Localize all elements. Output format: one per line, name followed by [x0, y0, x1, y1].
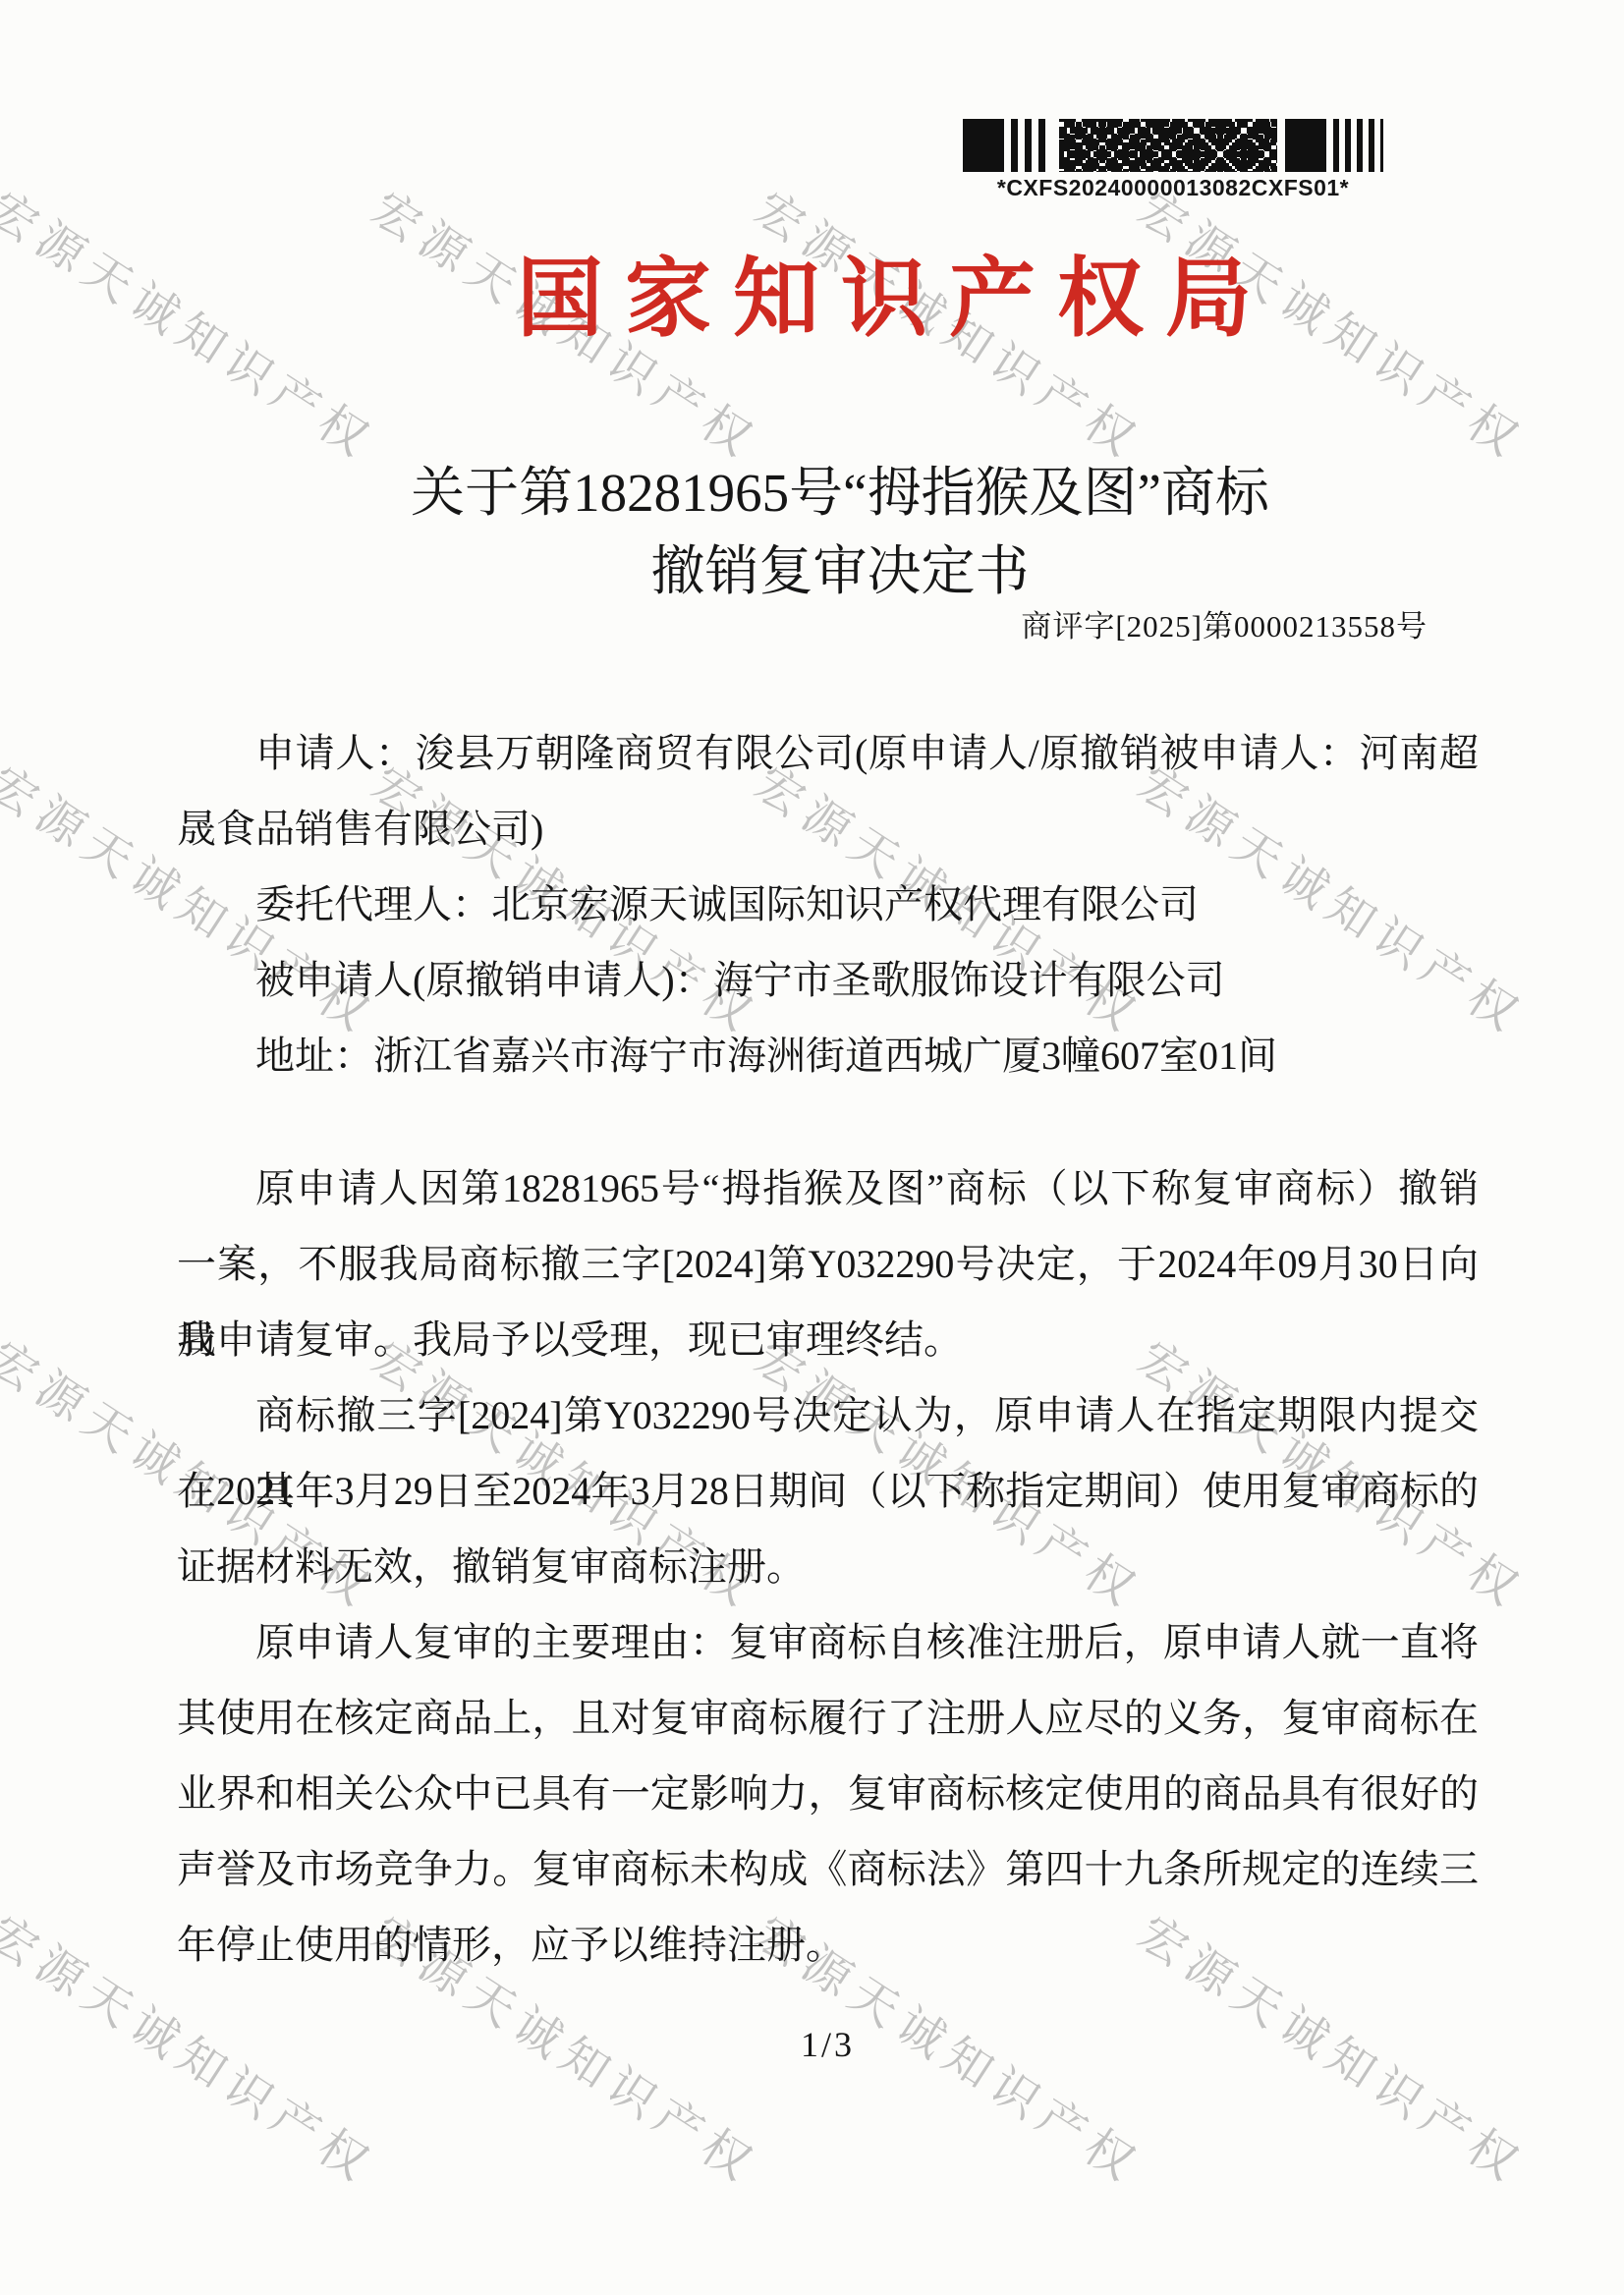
barcode-caption: *CXFS20240000013082CXFS01*	[963, 175, 1383, 201]
document-content: *CXFS20240000013082CXFS01* 国家知识产权局 关于第18…	[0, 0, 1624, 2295]
page-number: 1/3	[177, 2024, 1479, 2065]
barcode-gap	[1326, 119, 1333, 172]
barcode-icon	[963, 119, 1383, 172]
body-line: 原申请人因第18281965号“拇指猴及图”商标（以下称复审商标）撤销	[177, 1150, 1479, 1226]
body-line: 其使用在核定商品上，且对复审商标履行了注册人应尽的义务，复审商标在	[177, 1680, 1479, 1756]
agency-title: 国家知识产权局	[517, 253, 1273, 348]
barcode-block: *CXFS20240000013082CXFS01*	[963, 119, 1383, 201]
barcode-matrix-segment	[1059, 119, 1277, 172]
doc-title: 关于第18281965号“拇指猴及图”商标 撤销复审决定书	[177, 454, 1503, 611]
body-line: 晟食品销售有限公司)	[177, 791, 1479, 867]
doc-title-line2: 撤销复审决定书	[177, 532, 1503, 611]
barcode-solid-segment	[963, 119, 1004, 172]
barcode-gap	[1277, 119, 1285, 172]
body-line: 原申请人复审的主要理由：复审商标自核准注册后，原申请人就一直将	[177, 1604, 1479, 1680]
document-page: 宏源天诚知识产权宏源天诚知识产权宏源天诚知识产权宏源天诚知识产权宏源天诚知识产权…	[0, 0, 1624, 2295]
body-line: 一案，不服我局商标撤三字[2024]第Y032290号决定，于2024年09月3…	[177, 1226, 1479, 1302]
body-line: 年停止使用的情形，应予以维持注册。	[177, 1907, 1479, 1983]
body-line: 申请人：浚县万朝隆商贸有限公司(原申请人/原撤销被申请人：河南超	[177, 715, 1479, 791]
body-line: 地址：浙江省嘉兴市海宁市海洲街道西城广厦3幢607室01间	[177, 1018, 1479, 1093]
doc-title-line1: 关于第18281965号“拇指猴及图”商标	[177, 454, 1503, 532]
barcode-bars-segment	[1333, 119, 1383, 172]
body-line: 在2021年3月29日至2024年3月28日期间（以下称指定期间）使用复审商标的	[177, 1453, 1479, 1529]
body-line: 局申请复审。我局予以受理，现已审理终结。	[177, 1302, 1479, 1377]
body-line: 被申请人(原撤销申请人)：海宁市圣歌服饰设计有限公司	[177, 942, 1479, 1018]
body-line: 证据材料无效，撤销复审商标注册。	[177, 1529, 1479, 1604]
barcode-gap	[1050, 119, 1059, 172]
body-line: 委托代理人：北京宏源天诚国际知识产权代理有限公司	[177, 867, 1479, 942]
doc-number: 商评字[2025]第0000213558号	[177, 601, 1428, 645]
body-line: 商标撤三字[2024]第Y032290号决定认为，原申请人在指定期限内提交其	[177, 1377, 1479, 1453]
body-lines: 申请人：浚县万朝隆商贸有限公司(原申请人/原撤销被申请人：河南超晟食品销售有限公…	[177, 715, 1479, 1983]
body-line: 声誉及市场竞争力。复审商标未构成《商标法》第四十九条所规定的连续三	[177, 1831, 1479, 1907]
body-line: 业界和相关公众中已具有一定影响力，复审商标核定使用的商品具有很好的	[177, 1756, 1479, 1831]
barcode-bars-segment	[1011, 119, 1050, 172]
barcode-solid-segment	[1285, 119, 1326, 172]
barcode-gap	[1004, 119, 1011, 172]
